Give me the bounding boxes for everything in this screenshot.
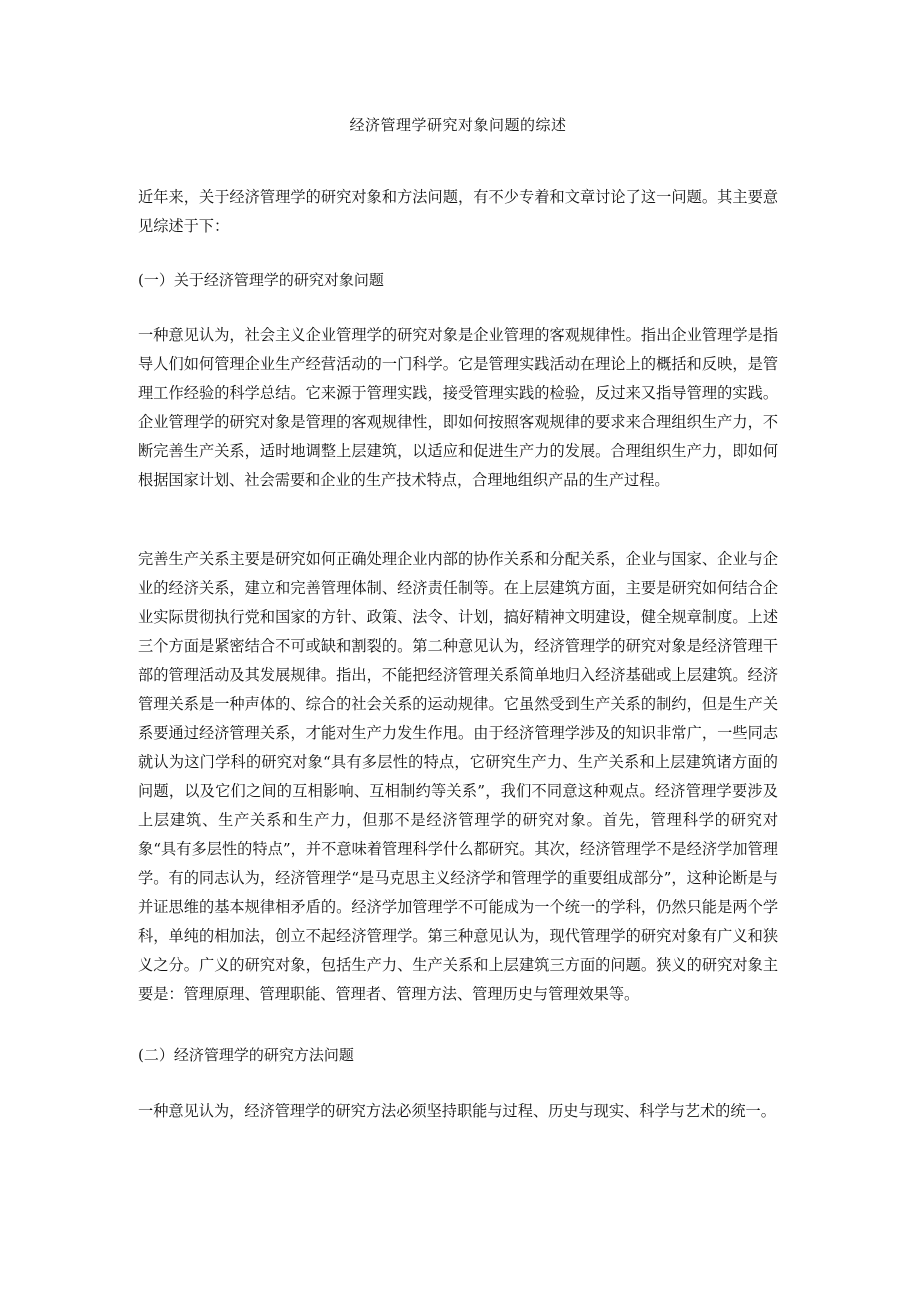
section-2-heading: (二）经济管理学的研究方法问题 — [138, 1041, 778, 1070]
intro-paragraph: 近年来，关于经济管理学的研究对象和方法问题，有不少专着和文章讨论了这一问题。其主… — [138, 183, 778, 241]
document-title: 经济管理学研究对象问题的综述 — [138, 114, 778, 136]
section-2-paragraph-1: 一种意见认为，经济管理学的研究方法必须坚持职能与过程、历史与现实、科学与艺术的统… — [138, 1097, 778, 1126]
section-1-paragraph-2: 完善生产关系主要是研究如何正确处理企业内部的协作关系和分配关系，企业与国家、企业… — [138, 545, 778, 1009]
section-1-heading: (一）关于经济管理学的研究对象问题 — [138, 266, 778, 295]
section-1-paragraph-1: 一种意见认为，社会主义企业管理学的研究对象是企业管理的客观规律性。指出企业管理学… — [138, 321, 778, 495]
